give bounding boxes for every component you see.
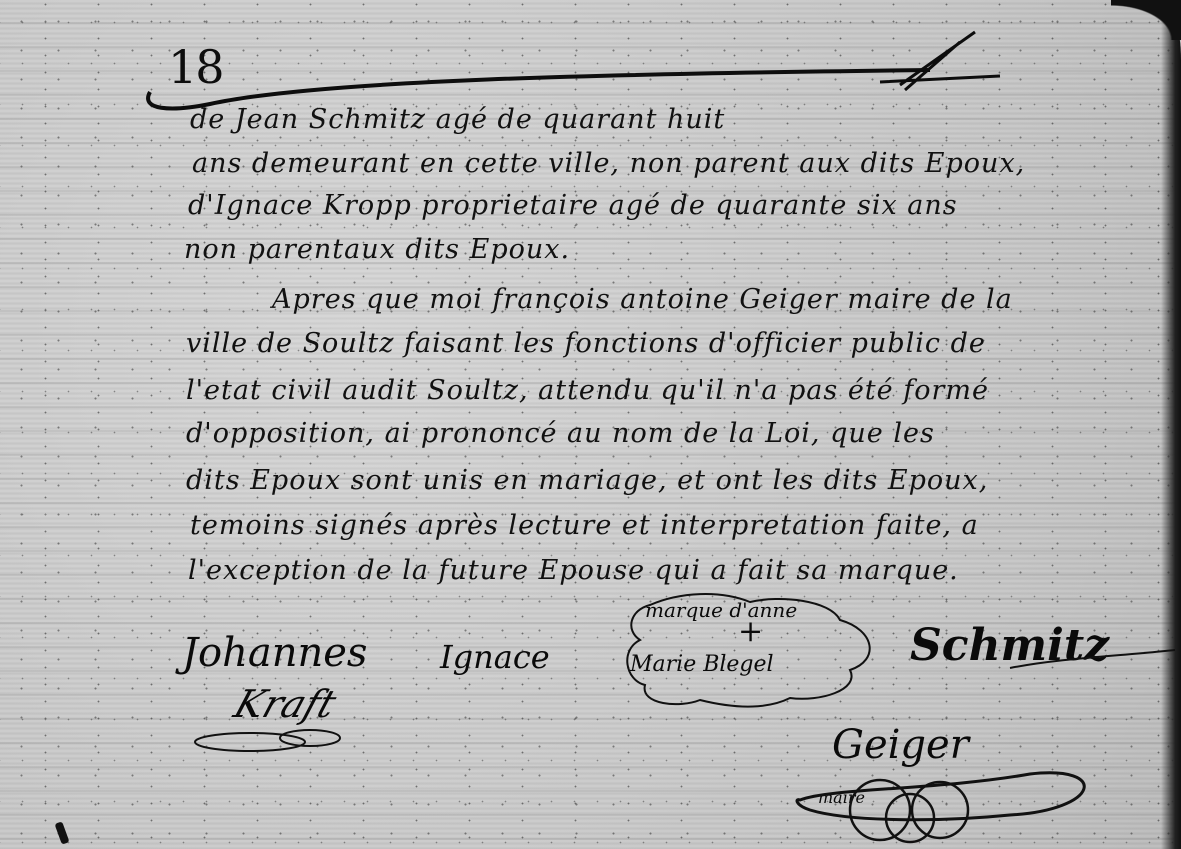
line-6: ville de Soultz faisant les fonctions d'… [186, 328, 986, 359]
line-8: d'opposition, ai prononcé au nom de la L… [186, 418, 935, 449]
bride-mark-label-bottom: Marie Blegel [630, 652, 774, 677]
signature-ignace: Ignace [440, 638, 550, 676]
line-3: d'Ignace Kropp proprietaire agé de quara… [188, 190, 958, 221]
signature-kraft: Kraft [229, 682, 342, 726]
line-7: l'etat civil audit Soultz, attendu qu'il… [186, 375, 989, 406]
bride-mark-label-top: marque d'anne [645, 598, 797, 622]
mayor-paraph [790, 760, 1100, 849]
line-10: temoins signés après lecture et interpre… [190, 510, 979, 541]
line-5: Apres que moi françois antoine Geiger ma… [272, 284, 1013, 315]
schmitz-underline [1000, 648, 1180, 678]
bride-mark-cross: + [738, 614, 763, 649]
signature-johannes: Johannes [182, 630, 367, 676]
line-1: de Jean Schmitz agé de quarant huit [190, 104, 725, 135]
line-4: non parentaux dits Epoux. [184, 234, 570, 265]
document-page: 18 de Jean Schmitz agé de quarant huit a… [0, 0, 1181, 849]
line-9: dits Epoux sont unis en mariage, et ont … [186, 465, 988, 496]
line-2: ans demeurant en cette ville, non parent… [192, 148, 1025, 179]
header-rule [0, 0, 1181, 120]
page-edge-shadow [1161, 0, 1181, 849]
line-11: l'exception de la future Epouse qui a fa… [188, 555, 959, 586]
kraft-paraph [190, 728, 370, 758]
